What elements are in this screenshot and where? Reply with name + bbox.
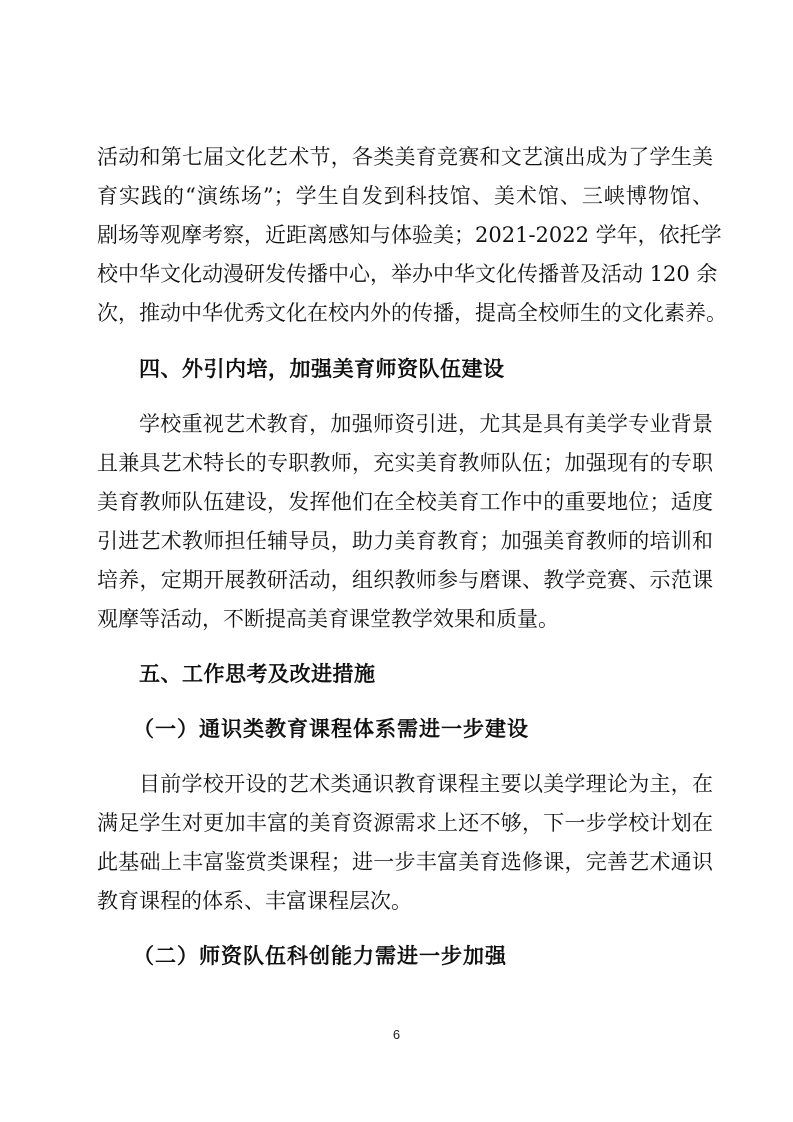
section-4-line-3: 美育教师队伍建设，发挥他们在全校美育工作中的重要地位；适度 <box>97 488 713 516</box>
subsection-1-line-3: 此基础上丰富鉴赏类课程；进一步丰富美育选修课，完善艺术通识 <box>97 848 713 876</box>
page-number: 6 <box>0 1027 793 1042</box>
subsection-1-line-1: 目前学校开设的艺术类通识教育课程主要以美学理论为主，在 <box>139 770 713 798</box>
section-5-heading: 五、工作思考及改进措施 <box>139 660 376 688</box>
paragraph-1-line-5: 次，推动中华优秀文化在校内外的传播，提高全校师生的文化素养。 <box>97 299 713 327</box>
subsection-1-line-4: 教育课程的体系、丰富课程层次。 <box>97 887 713 915</box>
subsection-1-line-2: 满足学生对更加丰富的美育资源需求上还不够，下一步学校计划在 <box>97 809 713 837</box>
paragraph-1-line-1: 活动和第七届文化艺术节，各类美育竞赛和文艺演出成为了学生美 <box>97 143 713 171</box>
section-4-line-4: 引进艺术教师担任辅导员，助力美育教育；加强美育教师的培训和 <box>97 527 713 555</box>
section-4-heading: 四、外引内培，加强美育师资队伍建设 <box>139 355 505 383</box>
paragraph-1-line-4: 校中华文化动漫研发传播中心，举办中华文化传播普及活动 120 余 <box>97 260 713 288</box>
subsection-1-heading: （一）通识类教育课程体系需进一步建设 <box>133 715 529 743</box>
subsection-2-heading: （二）师资队伍科创能力需进一步加强 <box>133 942 507 970</box>
document-page: 活动和第七届文化艺术节，各类美育竞赛和文艺演出成为了学生美 育实践的“演练场”；… <box>0 0 793 1122</box>
section-4-line-5: 培养，定期开展教研活动，组织教师参与磨课、教学竞赛、示范课 <box>97 566 713 594</box>
paragraph-1-line-3: 剧场等观摩考察，近距离感知与体验美；2021-2022 学年，依托学 <box>97 221 713 249</box>
section-4-line-1: 学校重视艺术教育，加强师资引进，尤其是具有美学专业背景 <box>139 410 713 438</box>
section-4-line-6: 观摩等活动，不断提高美育课堂教学效果和质量。 <box>97 605 713 633</box>
section-4-line-2: 且兼具艺术特长的专职教师，充实美育教师队伍；加强现有的专职 <box>97 449 713 477</box>
paragraph-1-line-2: 育实践的“演练场”；学生自发到科技馆、美术馆、三峡博物馆、 <box>97 182 713 210</box>
